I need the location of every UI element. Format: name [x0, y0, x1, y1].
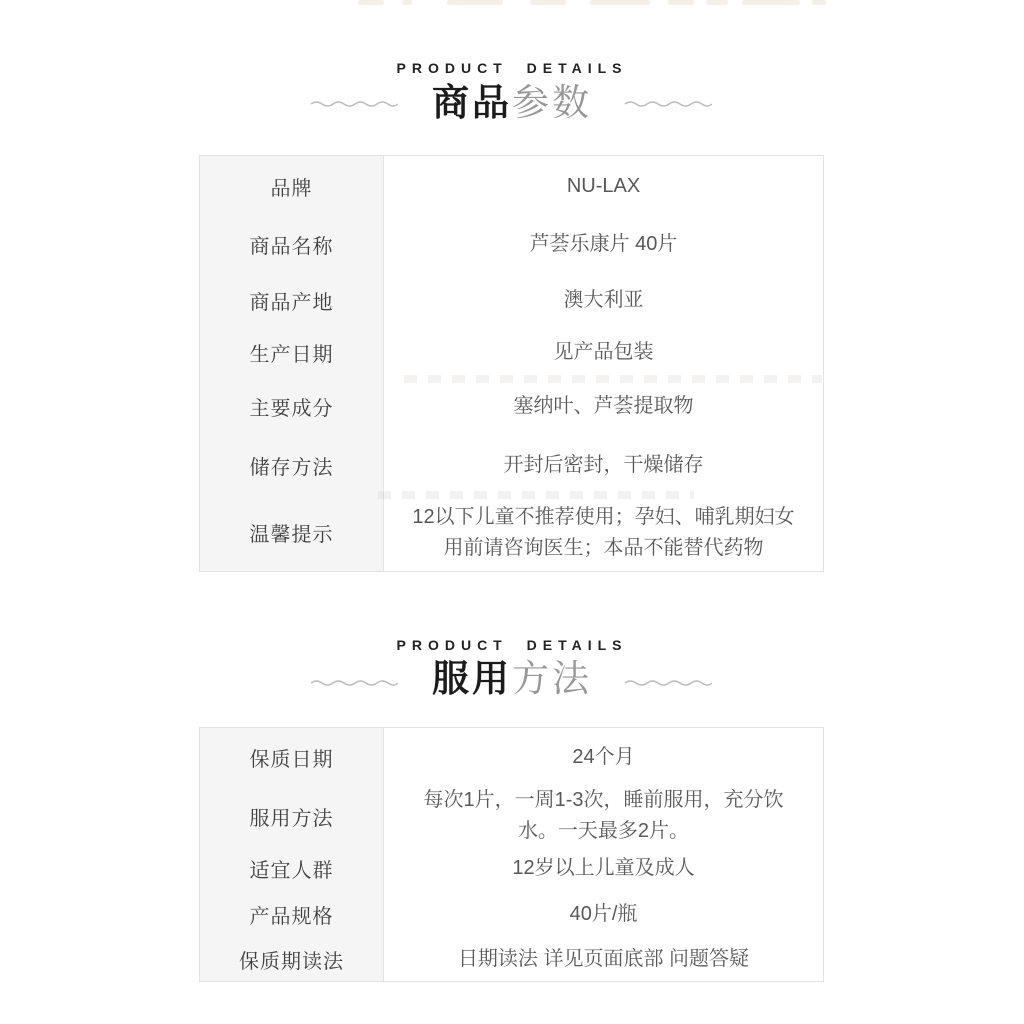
wave-line-left-2 [310, 678, 398, 687]
row-label: 商品名称 [200, 216, 384, 273]
watermark-trace [378, 491, 694, 499]
row-label: 适宜人群 [200, 846, 384, 891]
row-label: 商品产地 [200, 273, 384, 328]
section1-title-primary: 商品 [432, 82, 512, 123]
row-value: 开封后密封，干燥储存 [384, 436, 823, 494]
table-row: 商品名称 芦荟乐康片 40片 [200, 216, 823, 273]
section1-title: 商品参数 [0, 84, 1024, 122]
table-row: 品牌 NU-LAX [200, 156, 823, 216]
row-value: 40片/瓶 [384, 891, 823, 937]
section2-title-secondary: 方法 [512, 658, 592, 699]
product-params-table: 品牌 NU-LAX 商品名称 芦荟乐康片 40片 商品产地 澳大利亚 生产日期 … [199, 155, 824, 572]
row-label: 生产日期 [200, 328, 384, 376]
section2-eyebrow: PRODUCT DETAILS [0, 637, 1024, 653]
table-row: 商品产地 澳大利亚 [200, 273, 823, 328]
row-value: 每次1片，一周1-3次，睡前服用，充分饮水。一天最多2片。 [384, 786, 823, 846]
section1-eyebrow: PRODUCT DETAILS [0, 60, 1024, 76]
row-value: 日期读法 详见页面底部 问题答疑 [384, 937, 823, 981]
table-row: 适宜人群 12岁以上儿童及成人 [200, 846, 823, 891]
table-row: 保质日期 24个月 [200, 728, 823, 786]
row-value: 12以下儿童不推荐使用；孕妇、哺乳期妇女用前请咨询医生；本品不能替代药物 [384, 494, 823, 571]
section1-title-secondary: 参数 [512, 82, 592, 123]
product-details-page: PRODUCT DETAILS 商品参数 品牌 NU-LAX 商品名称 芦荟乐康… [0, 0, 1024, 1024]
wave-line-right-2 [624, 678, 712, 687]
watermark-trace [404, 375, 822, 383]
row-value: 12岁以上儿童及成人 [384, 846, 823, 891]
table-row: 产品规格 40片/瓶 [200, 891, 823, 937]
wave-line-right-1 [624, 99, 712, 108]
row-label: 服用方法 [200, 786, 384, 846]
row-value: NU-LAX [384, 156, 823, 216]
row-value: 见产品包装 [384, 328, 823, 376]
row-label: 品牌 [200, 156, 384, 216]
row-value: 芦荟乐康片 40片 [384, 216, 823, 273]
row-label: 产品规格 [200, 891, 384, 937]
row-value: 塞纳叶、芦荟提取物 [384, 376, 823, 436]
section2-title: 服用方法 [0, 660, 1024, 698]
table-row: 温馨提示 12以下儿童不推荐使用；孕妇、哺乳期妇女用前请咨询医生；本品不能替代药… [200, 494, 823, 571]
row-value: 澳大利亚 [384, 273, 823, 328]
table-row: 储存方法 开封后密封，干燥储存 [200, 436, 823, 494]
row-label: 储存方法 [200, 436, 384, 494]
table-row: 服用方法 每次1片，一周1-3次，睡前服用，充分饮水。一天最多2片。 [200, 786, 823, 846]
row-label: 保质日期 [200, 728, 384, 786]
table-row: 保质期读法 日期读法 详见页面底部 问题答疑 [200, 937, 823, 981]
row-label: 主要成分 [200, 376, 384, 436]
row-value: 24个月 [384, 728, 823, 786]
section2-title-primary: 服用 [432, 658, 512, 699]
row-label: 温馨提示 [200, 494, 384, 571]
usage-info-table: 保质日期 24个月 服用方法 每次1片，一周1-3次，睡前服用，充分饮水。一天最… [199, 727, 824, 982]
table-row: 主要成分 塞纳叶、芦荟提取物 [200, 376, 823, 436]
table-row: 生产日期 见产品包装 [200, 328, 823, 376]
row-label: 保质期读法 [200, 937, 384, 981]
wave-line-left-1 [310, 99, 398, 108]
